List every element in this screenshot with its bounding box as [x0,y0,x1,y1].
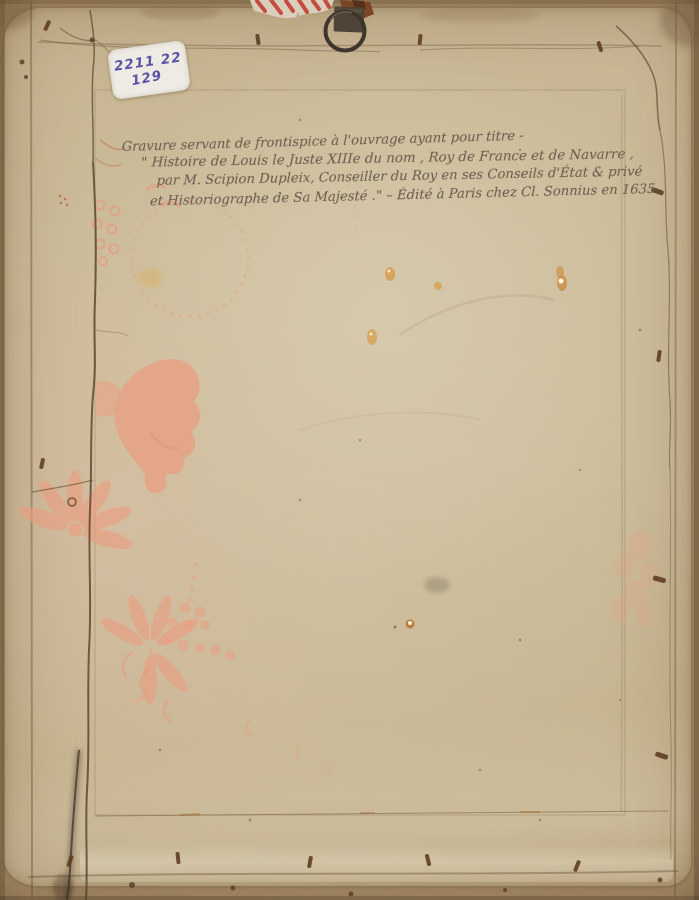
floral-damask-pattern [16,155,660,774]
nail [349,892,354,897]
nail [231,886,236,891]
nail [39,458,45,470]
nail [596,41,603,53]
dotted-ring-motif [132,200,248,316]
berry-clusters [162,563,235,660]
inscription: Gravure servant de frontispice à l'ouvra… [120,126,666,212]
red-pencil-marks [59,140,126,206]
nail [658,878,663,883]
stains [138,119,642,822]
nail [175,852,180,864]
red-paper-fragment [250,0,334,27]
nail [655,751,669,760]
nail [656,350,662,362]
nail [43,20,51,32]
nail [129,882,135,888]
nail [90,38,95,43]
hanging-hardware [326,0,375,51]
large-plume-leaf [96,359,200,493]
gray-smudge [424,577,450,593]
specks [159,119,642,822]
nail [417,34,422,45]
nail [425,854,432,867]
nail [24,75,28,79]
nail [307,856,313,869]
left-flower [16,470,135,553]
nail [255,34,260,45]
nail [503,888,507,892]
photo-framed-artwork-back: 2211 22 129 Gravure servant de frontispi… [0,0,699,900]
nail [573,860,581,873]
ghost-floral-right [610,529,660,627]
nail [20,60,25,65]
